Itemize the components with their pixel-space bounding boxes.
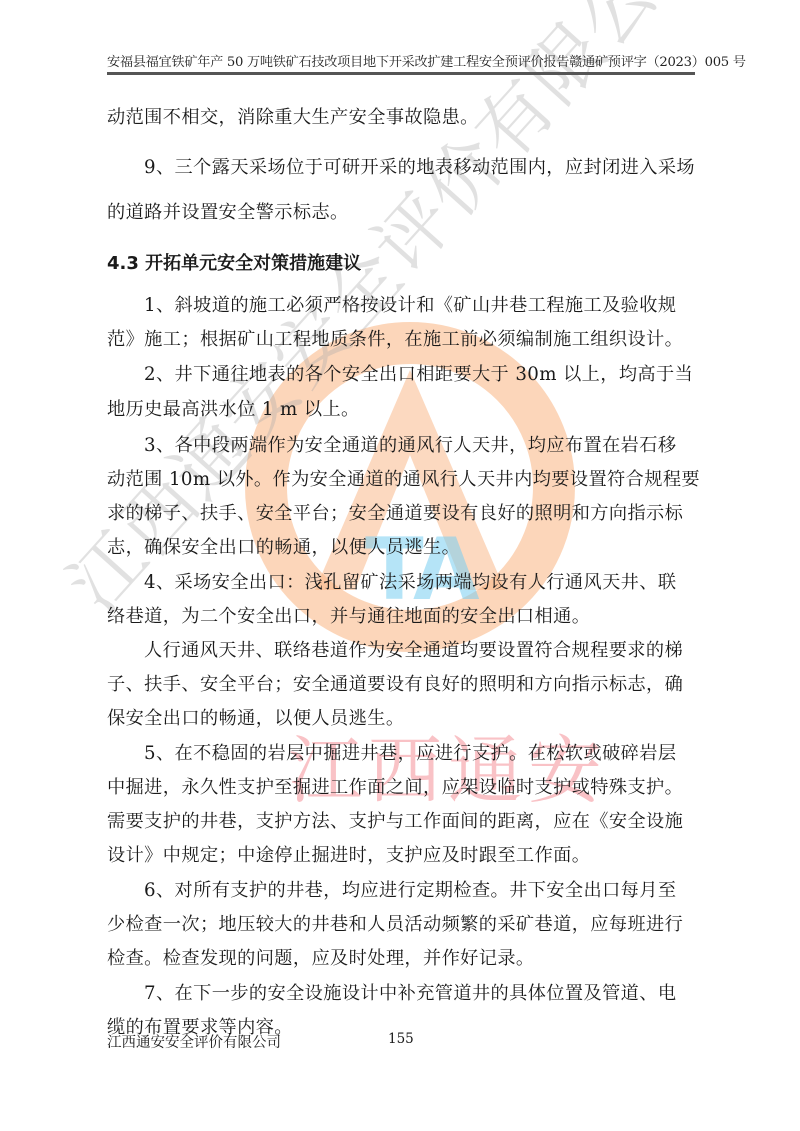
page-header: 安福县福宜铁矿年产 50 万吨铁矿石技改项目地下开采改扩建工程安全预评价报告 赣… xyxy=(107,51,695,71)
paragraph-line: 中掘进，永久性支护至掘进工作面之间，应架设临时支护或特殊支护。 xyxy=(107,773,683,799)
paragraph-line: 子、扶手、安全平台；安全通道要设有良好的照明和方向指示标志，确 xyxy=(107,670,683,696)
paragraph-line: 设计》中规定；中途停止掘进时，支护应及时跟至工作面。 xyxy=(107,841,590,867)
paragraph-line: 1、斜坡道的施工必须严格按设计和《矿山井巷工程施工及验收规 xyxy=(144,291,676,317)
paragraph-line: 络巷道，为二个安全出口，并与通往地面的安全出口相通。 xyxy=(107,602,590,628)
paragraph-line: 3、各中段两端作为安全通道的通风行人天井，均应布置在岩石移 xyxy=(144,431,676,457)
paragraph-line: 9、三个露天采场位于可研开采的地表移动范围内，应封闭进入采场 xyxy=(144,153,695,179)
paragraph-line: 人行通风天井、联络巷道作为安全通道均要设置符合规程要求的梯 xyxy=(144,636,683,662)
paragraph-line: 需要支护的井巷，支护方法、支护与工作面间的距离，应在《安全设施 xyxy=(107,807,683,833)
section-heading: 4.3 开拓单元安全对策措施建议 xyxy=(107,249,361,275)
paragraph-line: 7、在下一步的安全设施设计中补充管道井的具体位置及管道、电 xyxy=(144,979,676,1005)
header-rule xyxy=(107,72,695,75)
paragraph-line: 保安全出口的畅通，以便人员逃生。 xyxy=(107,704,404,730)
paragraph-line: 求的梯子、扶手、安全平台；安全通道要设有良好的照明和方向指示标 xyxy=(107,499,683,525)
paragraph-line: 6、对所有支护的井巷，均应进行定期检查。井下安全出口每月至 xyxy=(144,876,676,902)
paragraph-line: 范》施工；根据矿山工程地质条件，在施工前必须编制施工组织设计。 xyxy=(107,325,683,351)
paragraph-line: 5、在不稳固的岩层中掘进井巷，应进行支护。在松软或破碎岩层 xyxy=(144,739,676,765)
paragraph-line: 志，确保安全出口的畅通，以便人员逃生。 xyxy=(107,533,460,559)
paragraph-line: 检查。检查发现的问题，应及时处理，并作好记录。 xyxy=(107,944,535,970)
document-page: TA 江西通安安全评价有限公司 江西通安 安福县福宜铁矿年产 50 万吨铁矿石技… xyxy=(0,0,800,1131)
page-number: 155 xyxy=(388,1031,414,1047)
paragraph-line: 4、采场安全出口：浅孔留矿法采场两端均设有人行通风天井、联 xyxy=(144,568,676,594)
paragraph-line: 2、井下通往地表的各个安全出口相距要大于 30m 以上，均高于当 xyxy=(144,360,693,386)
paragraph-line: 地历史最高洪水位 1 m 以上。 xyxy=(107,395,360,421)
paragraph-line: 动范围不相交，消除重大生产安全事故隐患。 xyxy=(107,103,479,129)
paragraph-line: 少检查一次；地压较大的井巷和人员活动频繁的采矿巷道，应每班进行 xyxy=(107,910,683,936)
header-title: 安福县福宜铁矿年产 50 万吨铁矿石技改项目地下开采改扩建工程安全预评价报告 xyxy=(107,51,569,71)
header-doc-number: 赣通矿预评字（2023）005 号 xyxy=(569,51,746,71)
paragraph-line: 的道路并设置安全警示标志。 xyxy=(107,198,349,224)
paragraph-line: 动范围 10m 以外。作为安全通道的通风行人天井内均要设置符合规程要 xyxy=(107,465,700,491)
footer-company: 江西通安安全评价有限公司 xyxy=(107,1031,281,1052)
